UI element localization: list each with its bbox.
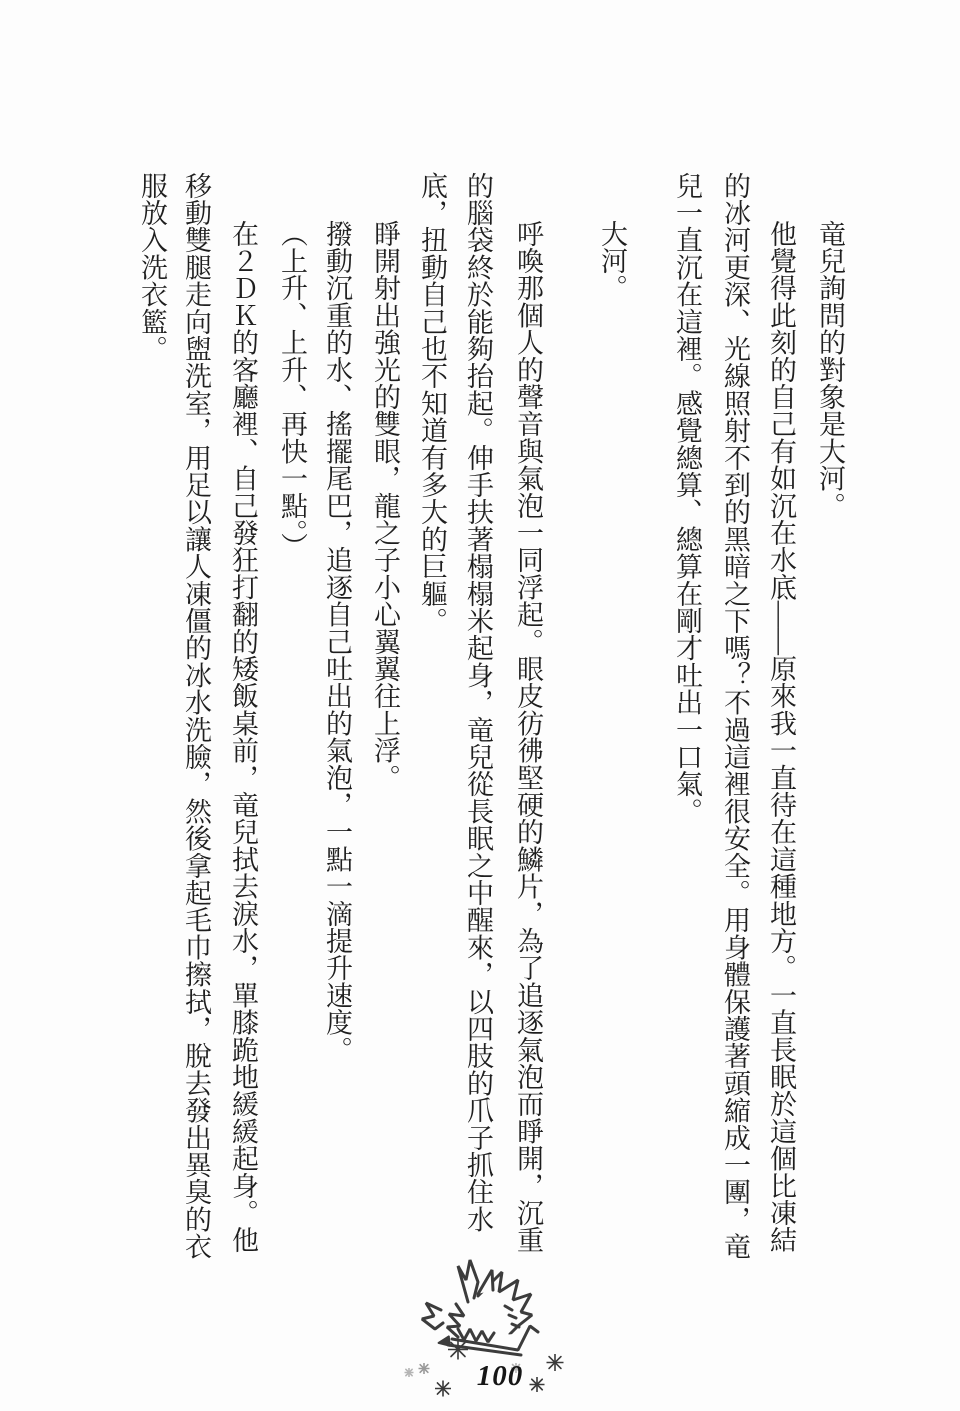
text-line: 睜開射出強光的雙眼，龍之子小心翼翼往上浮。	[370, 172, 400, 1315]
sparkle-star-icon	[435, 1381, 451, 1402]
text-line: （上升、上升、再快一點。）	[277, 172, 307, 1315]
text-line: 在２ＤＫ的客廳裡、自己發狂打翻的矮飯桌前，竜兒拭去淚水，單膝跪地緩緩起身。他	[228, 172, 258, 1315]
sparkle-star-icon	[405, 1364, 414, 1382]
text-line: 的冰河更深、光線照射不到的黑暗之下嗎？不過這裡很安全。用身體保護著頭縮成一團，竜	[720, 172, 750, 1267]
text-line: 呼喚那個人的聲音與氣泡一同浮起。眼皮彷彿堅硬的鱗片，為了追逐氣泡而睜開，沉重	[513, 172, 543, 1315]
text-line: 底，扭動自己也不知道有多大的巨軀。	[417, 172, 447, 1267]
text-line: 服放入洗衣籃。	[137, 172, 167, 1267]
text-line: 兒一直沉在這裡。感覺總算、總算在剛才吐出一口氣。	[672, 172, 702, 1267]
text-line: 大河。	[597, 172, 627, 1315]
text-line: 竜兒詢問的對象是大河。	[815, 172, 845, 1315]
page-number: 100	[452, 1360, 548, 1393]
text-block: 竜兒詢問的對象是大河。他覺得此刻的自己有如沉在水底——原來我一直待在這種地方。一…	[0, 172, 960, 1272]
text-line: 的腦袋終於能夠抬起。伸手扶著榻榻米起身，竜兒從長眠之中醒來，以四肢的爪子抓住水	[463, 172, 493, 1267]
text-line: 撥動沉重的水、搖擺尾巴，追逐自己吐出的氣泡，一點一滴提升速度。	[322, 172, 352, 1315]
book-page: 竜兒詢問的對象是大河。他覺得此刻的自己有如沉在水底——原來我一直待在這種地方。一…	[0, 0, 960, 1411]
text-line: 移動雙腿走向盥洗室，用足以讓人凍僵的冰水洗臉，然後拿起毛巾擦拭，脫去發出異臭的衣	[181, 172, 211, 1267]
text-line: 他覺得此刻的自己有如沉在水底——原來我一直待在這種地方。一直長眠於這個比凍結	[766, 172, 796, 1315]
dragon-doodle-illustration	[418, 1252, 550, 1364]
sparkle-star-icon	[419, 1361, 430, 1379]
sparkle-star-icon	[547, 1354, 564, 1376]
